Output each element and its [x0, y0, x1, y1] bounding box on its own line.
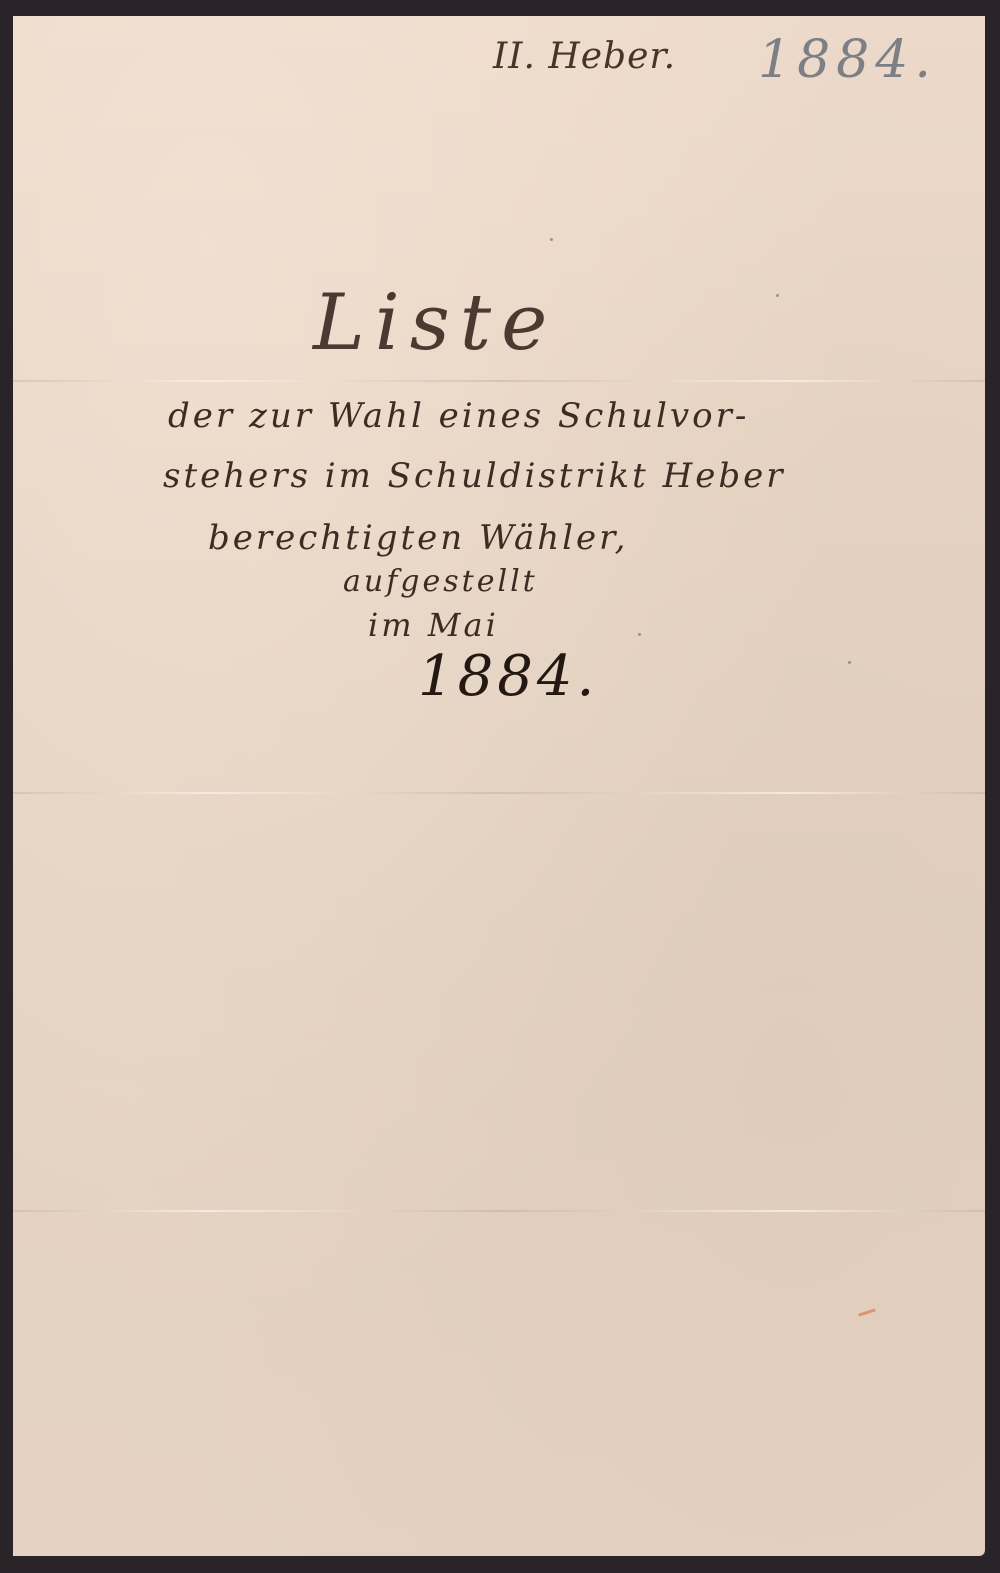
fold-line	[13, 380, 985, 382]
fold-line	[13, 1210, 985, 1212]
body-line-4: aufgestellt	[343, 564, 538, 599]
paper-speck	[550, 238, 553, 241]
ink-mark	[858, 1308, 876, 1316]
paper-speck	[638, 633, 641, 636]
document-year: 1884.	[418, 644, 598, 709]
body-line-3: berechtigten Wähler,	[208, 518, 628, 558]
paper-speck	[848, 661, 851, 664]
document-page: II. Heber. 1884. Liste der zur Wahl eine…	[13, 16, 985, 1556]
body-line-5: im Mai	[368, 606, 499, 644]
pencil-year: 1884.	[758, 30, 937, 90]
body-line-1: der zur Wahl eines Schulvor-	[168, 396, 749, 436]
fold-line	[13, 792, 985, 794]
document-title: Liste	[313, 278, 557, 368]
paper-speck	[776, 294, 779, 297]
body-line-2: stehers im Schuldistrikt Heber	[163, 456, 786, 496]
archive-reference: II. Heber.	[493, 36, 676, 77]
